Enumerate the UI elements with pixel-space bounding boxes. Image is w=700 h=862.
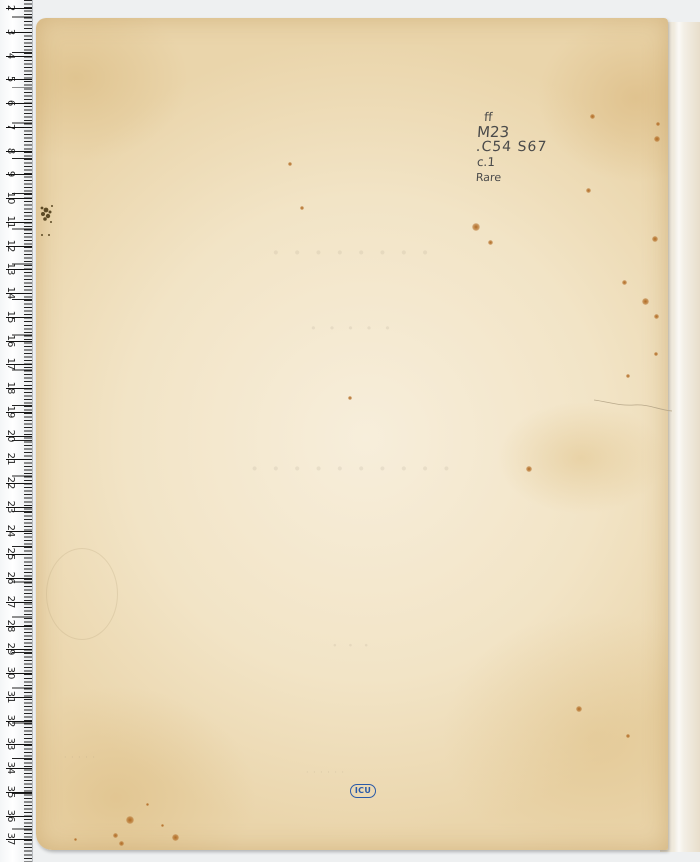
foxing-spot	[74, 838, 77, 841]
foxing-spot	[300, 206, 304, 210]
foxing-spot	[472, 223, 480, 231]
ruler-major-tick	[6, 364, 32, 365]
ink-blot	[36, 198, 66, 238]
foxing-spot	[622, 280, 627, 285]
ruler-major-tick	[6, 56, 32, 57]
ruler-major-tick	[6, 507, 32, 508]
ruler-major-tick	[6, 768, 32, 769]
ruler-major-tick	[6, 388, 32, 389]
ruler-major-tick	[6, 816, 32, 817]
foxing-spot	[654, 314, 659, 319]
ruler-major-tick	[6, 673, 32, 674]
ruler-major-tick	[6, 293, 32, 294]
ruler-major-tick	[6, 198, 32, 199]
ruler-major-tick	[6, 8, 32, 9]
foxing-spot	[652, 236, 658, 242]
ruler-major-tick	[6, 222, 32, 223]
ruler-major-tick	[6, 151, 32, 152]
ruler-major-tick	[6, 412, 32, 413]
ruler-major-tick	[6, 269, 32, 270]
ruler-major-tick	[6, 531, 32, 532]
ruler-major-tick	[6, 127, 32, 128]
foxing-spot	[348, 396, 352, 400]
bleed-through-title-line-4: · · ·	[36, 638, 668, 654]
foxing-spot	[288, 162, 292, 166]
ruler-major-tick	[6, 697, 32, 698]
ruler-major-tick	[6, 721, 32, 722]
foxing-spot	[590, 114, 595, 119]
bleed-through-title-line-1: · · · · · · · ·	[36, 240, 668, 266]
foxing-spot	[172, 834, 179, 841]
ruler-major-tick	[6, 341, 32, 342]
ruler-major-tick	[6, 436, 32, 437]
call-number-line: M23	[477, 125, 549, 140]
foxing-spot	[654, 136, 660, 142]
foxing-spot	[146, 803, 149, 806]
ruler-major-tick	[6, 578, 32, 579]
foxing-spot	[576, 706, 582, 712]
faint-oval-mark	[46, 548, 118, 640]
foxing-spot	[626, 374, 630, 378]
call-number-line: .C54 S67	[475, 140, 547, 155]
ruler-major-tick	[6, 792, 32, 793]
bleed-through-title-line-2: · · · · ·	[36, 318, 668, 339]
ruler-major-tick	[6, 483, 32, 484]
paper-crack	[594, 398, 674, 416]
ruler-major-tick	[6, 317, 32, 318]
faint-publisher-imprint-center: · · · · · ·	[306, 768, 345, 777]
foxing-spot	[488, 240, 493, 245]
foxing-spot	[654, 352, 658, 356]
ruler-major-tick	[6, 103, 32, 104]
call-number-line: Rare	[473, 170, 545, 185]
ruler-major-tick	[6, 459, 32, 460]
foxing-spot	[119, 841, 124, 846]
call-number-line: c.1	[474, 155, 546, 170]
ruler-major-tick	[6, 602, 32, 603]
foxing-spot	[642, 298, 649, 305]
foxing-spot	[656, 122, 660, 126]
foxing-spot	[626, 734, 630, 738]
foxing-spot	[126, 816, 134, 824]
ruler-major-tick	[6, 32, 32, 33]
foxing-spot	[526, 466, 532, 472]
library-stamp: ICU	[350, 784, 376, 798]
bleed-through-title-line-3: · · · · · · · · · ·	[36, 456, 668, 482]
ruler-major-tick	[6, 744, 32, 745]
ruler-major-tick	[6, 554, 32, 555]
ruler-major-tick	[6, 626, 32, 627]
document-page: · · · · · · · · · · · · · · · · · · · · …	[36, 18, 668, 850]
foxing-spot	[113, 833, 118, 838]
handwritten-call-number: ff M23 .C54 S67 c.1 Rare	[473, 110, 549, 185]
measuring-ruler: 2345678910111213141516171819202122232425…	[0, 0, 33, 862]
foxing-spot	[586, 188, 591, 193]
ruler-major-tick	[6, 649, 32, 650]
ruler-major-tick	[6, 246, 32, 247]
ruler-major-tick	[6, 174, 32, 175]
foxing-spot	[161, 824, 164, 827]
ruler-major-tick	[6, 839, 32, 840]
ruler-major-tick	[6, 79, 32, 80]
faint-publisher-imprint-left: · · · · ·	[64, 753, 96, 762]
